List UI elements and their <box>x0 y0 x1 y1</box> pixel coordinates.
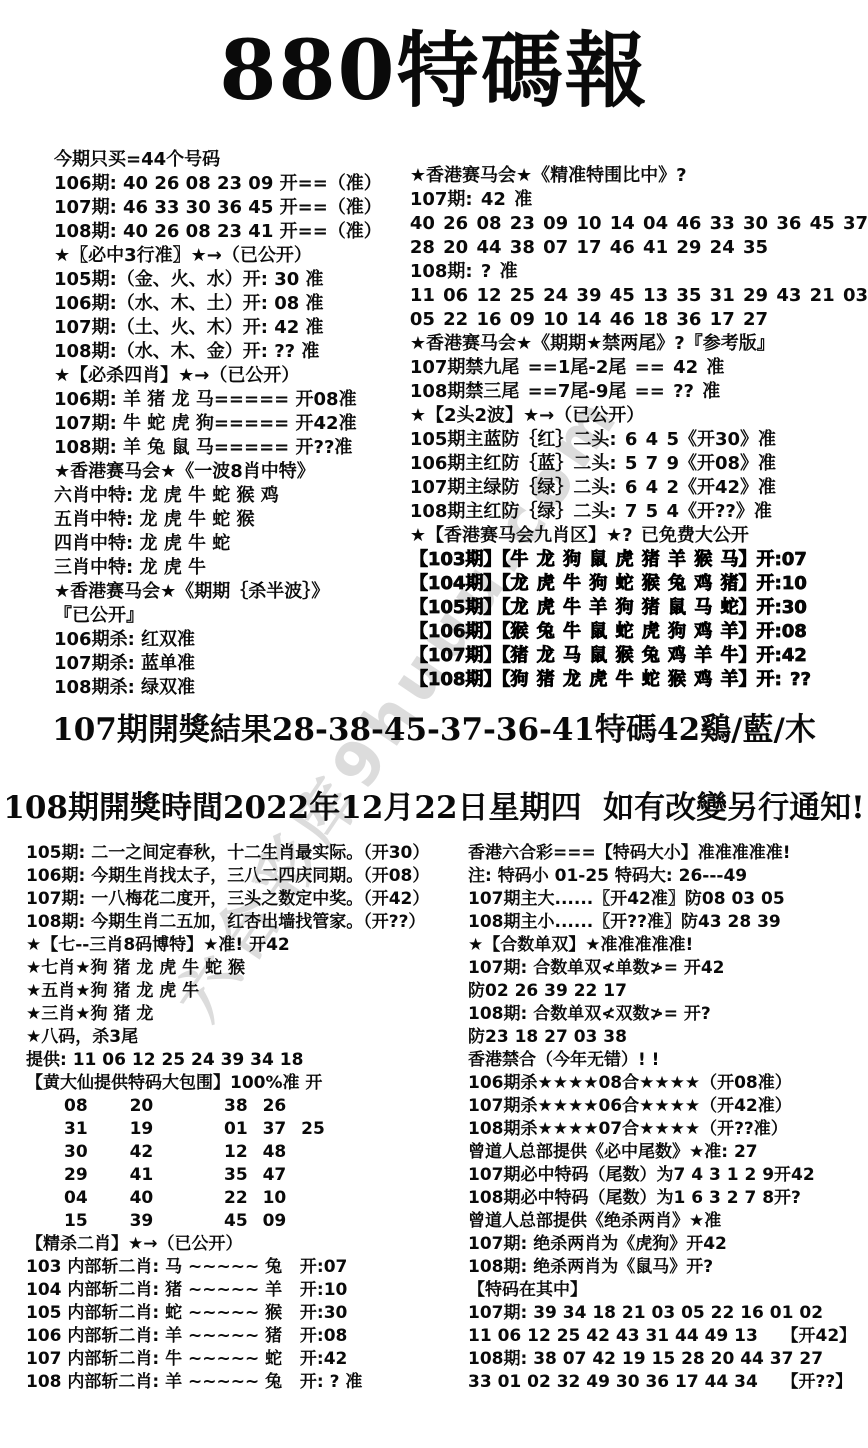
tip-line: ★香港赛马会★《期期★禁两尾》?『参考版』 <box>410 332 868 356</box>
tip-line: 【特码在其中】 <box>468 1279 868 1302</box>
tip-line: 香港禁合（今年无错）! ! <box>468 1049 868 1072</box>
poem-line: 108期: 今期生肖二五加，红杏出墙找管家。（开??） <box>26 911 468 934</box>
page-title: 880特碼報 <box>0 6 868 123</box>
tip-line: 注: 特码小 01-25 特码大: 26---49 <box>468 865 868 888</box>
tip-line: 106期: 羊 猪 龙 马===== 开08准 <box>54 388 406 412</box>
tip-line: ★【香港赛马会九肖区】★? 已免费大公开 <box>410 524 868 548</box>
grid-right-numbers: 12 48 <box>224 1141 286 1164</box>
jingsha-row: 106 内部斩二肖: 羊 ~~~~~ 猪 开:08 <box>26 1325 468 1348</box>
tip-line: 108期杀★★★★07合★★★★（开??准） <box>468 1118 868 1141</box>
grid-right-numbers: 01 37 25 <box>224 1118 325 1141</box>
tip-line: 【黄大仙提供特码大包围】100%准 开 <box>26 1072 468 1095</box>
tip-line: 107期杀: 蓝单准 <box>54 652 406 676</box>
tip-line: 107期: 42 准 <box>410 188 868 212</box>
top-left-column: 今期只买=44个号码106期: 40 26 08 23 09 开==（准）107… <box>54 148 406 700</box>
schedule-banner: 108期開獎時間2022年12月22日星期四 如有改變另行通知! <box>0 782 868 827</box>
nine-xiao-row: 【106期】【猴 兔 牛 鼠 蛇 虎 狗 鸡 羊】开:08 <box>410 620 868 644</box>
grid-right-numbers: 35 47 <box>224 1164 286 1187</box>
tip-line: 107期:（土、火、木）开: 42 准 <box>54 316 406 340</box>
tip-line: 三肖中特: 龙 虎 牛 <box>54 556 406 580</box>
grid-left-numbers: 08 20 <box>64 1095 224 1118</box>
number-grid-row: 30 4212 48 <box>26 1141 468 1164</box>
tip-line: 108期: 40 26 08 23 41 开==（准） <box>54 220 406 244</box>
tip-line: 107期主绿防｛绿｝二头: 6 4 2《开42》准 <box>410 476 868 500</box>
tip-line: 108期: 38 07 42 19 15 28 20 44 37 27 <box>468 1348 868 1371</box>
poem-line: 107期: 一八梅花二度开，三头之数定中奖。（开42） <box>26 888 468 911</box>
newspaper-page: 六合彩库9huuu.com 880特碼報 今期只买=44个号码106期: 40 … <box>0 0 868 1448</box>
tip-line: 108期主红防｛绿｝二头: 7 5 4《开??》准 <box>410 500 868 524</box>
poem-line: 105期: 二一之间定春秋，十二生肖最实际。（开30） <box>26 842 468 865</box>
tip-line: ★五肖★狗 猪 龙 虎 牛 <box>26 980 468 1003</box>
tip-line: ★【2头2波】★→（已公开） <box>410 404 868 428</box>
top-right-column: ★香港赛马会★《精准特围比中》?107期: 42 准40 26 08 23 09… <box>410 148 868 700</box>
number-grid-row: 04 4022 10 <box>26 1187 468 1210</box>
tip-line: 107期禁九尾 ==1尾-2尾 == 42 准 <box>410 356 868 380</box>
tip-line: 108期:（水、木、金）开: ?? 准 <box>54 340 406 364</box>
tip-line: 防02 26 39 22 17 <box>468 980 868 1003</box>
grid-right-numbers: 22 10 <box>224 1187 286 1210</box>
grid-left-numbers: 15 39 <box>64 1210 224 1233</box>
tip-line: 11 06 12 25 24 39 45 13 35 31 29 43 21 0… <box>410 284 868 308</box>
tip-line: 107期杀★★★★06合★★★★（开42准） <box>468 1095 868 1118</box>
tip-line: 106期: 40 26 08 23 09 开==（准） <box>54 172 406 196</box>
jingsha-row: 107 内部斩二肖: 牛 ~~~~~ 蛇 开:42 <box>26 1348 468 1371</box>
tip-line: 106期杀: 红双准 <box>54 628 406 652</box>
tip-line: 107期必中特码（尾数）为7 4 3 1 2 9开42 <box>468 1164 868 1187</box>
tip-line: 107期主大......〖开42准〗防08 03 05 <box>468 888 868 911</box>
tip-line: 『已公开』 <box>54 604 406 628</box>
top-section: 今期只买=44个号码106期: 40 26 08 23 09 开==（准）107… <box>0 148 868 700</box>
jingsha-row: 108 内部斩二肖: 羊 ~~~~~ 兔 开: ? 准 <box>26 1371 468 1394</box>
poem-lines: 105期: 二一之间定春秋，十二生肖最实际。（开30）106期: 今期生肖找太子… <box>26 842 468 934</box>
bottom-left-column: 105期: 二一之间定春秋，十二生肖最实际。（开30）106期: 今期生肖找太子… <box>26 842 468 1394</box>
tip-line: 六肖中特: 龙 虎 牛 蛇 猴 鸡 <box>54 484 406 508</box>
tip-line: 108期: 羊 兔 鼠 马===== 开??准 <box>54 436 406 460</box>
tip-line: 107期: 39 34 18 21 03 05 22 16 01 02 <box>468 1302 868 1325</box>
top-right-lines: ★香港赛马会★《精准特围比中》?107期: 42 准40 26 08 23 09… <box>410 164 868 548</box>
tip-line: 28 20 44 38 07 17 46 41 29 24 35 <box>410 236 868 260</box>
result-banner: 107期開獎結果28-38-45-37-36-41特碼42鷄/藍/木 <box>0 704 868 749</box>
tip-line: 106期:（水、木、土）开: 08 准 <box>54 292 406 316</box>
tip-line: 106期主红防｛蓝｝二头: 5 7 9《开08》准 <box>410 452 868 476</box>
tip-line: 提供: 11 06 12 25 24 39 34 18 <box>26 1049 468 1072</box>
jingsha-rows: 103 内部斩二肖: 马 ~~~~~ 兔 开:07104 内部斩二肖: 猪 ~~… <box>26 1256 468 1394</box>
number-grid-row: 08 2038 26 <box>26 1095 468 1118</box>
tip-line: 五肖中特: 龙 虎 牛 蛇 猴 <box>54 508 406 532</box>
tip-line: 108期主小......〖开??准〗防43 28 39 <box>468 911 868 934</box>
tip-line: ★香港赛马会★《精准特围比中》? <box>410 164 868 188</box>
tip-line: 香港六合彩===【特码大小】准准准准准! <box>468 842 868 865</box>
tip-line: 108期必中特码（尾数）为1 6 3 2 7 8开? <box>468 1187 868 1210</box>
tip-line: 107期: 绝杀两肖为《虎狗》开42 <box>468 1233 868 1256</box>
tip-line: ★【合数单双】★准准准准准! <box>468 934 868 957</box>
jingsha-row: 104 内部斩二肖: 猪 ~~~~~ 羊 开:10 <box>26 1279 468 1302</box>
tip-line: 108期: 绝杀两肖为《鼠马》开? <box>468 1256 868 1279</box>
nine-xiao-box: 【103期】【牛 龙 狗 鼠 虎 猪 羊 猴 马】开:07【104期】【龙 虎 … <box>410 548 868 692</box>
nine-xiao-row: 【104期】【龙 虎 牛 狗 蛇 猴 兔 鸡 猪】开:10 <box>410 572 868 596</box>
top-left-lines: 今期只买=44个号码106期: 40 26 08 23 09 开==（准）107… <box>54 148 406 700</box>
jingsha-row: 105 内部斩二肖: 蛇 ~~~~~ 猴 开:30 <box>26 1302 468 1325</box>
tip-line: 今期只买=44个号码 <box>54 148 406 172</box>
jingsha-header: 【精杀二肖】★→（已公开） <box>26 1233 468 1256</box>
tip-line: ★三肖★狗 猪 龙 <box>26 1003 468 1026</box>
tip-line: ★【必杀四肖】★→（已公开） <box>54 364 406 388</box>
tip-line: 四肖中特: 龙 虎 牛 蛇 <box>54 532 406 556</box>
tip-line: 11 06 12 25 42 43 31 44 49 13 【开42】 <box>468 1325 868 1348</box>
grid-right-numbers: 45 09 <box>224 1210 286 1233</box>
tip-line: ★【七--三肖8码博特】★准! 开42 <box>26 934 468 957</box>
tip-line: 108期: 合数单双≮双数≯= 开? <box>468 1003 868 1026</box>
tip-line: 107期: 46 33 30 36 45 开==（准） <box>54 196 406 220</box>
tip-line: 33 01 02 32 49 30 36 17 44 34 【开??】 <box>468 1371 868 1394</box>
tip-line: ★〖必中3行准〗★→（已公开） <box>54 244 406 268</box>
tip-line: 防23 18 27 03 38 <box>468 1026 868 1049</box>
tip-line: ★七肖★狗 猪 龙 虎 牛 蛇 猴 <box>26 957 468 980</box>
bottom-right-lines: 香港六合彩===【特码大小】准准准准准!注: 特码小 01-25 特码大: 26… <box>468 842 868 1394</box>
bottom-section: 105期: 二一之间定春秋，十二生肖最实际。（开30）106期: 今期生肖找太子… <box>0 842 868 1394</box>
tip-line: 40 26 08 23 09 10 14 04 46 33 30 36 45 3… <box>410 212 868 236</box>
tip-line: 107期: 合数单双≮单数≯= 开42 <box>468 957 868 980</box>
baowei-lines: 提供: 11 06 12 25 24 39 34 18【黄大仙提供特码大包围】1… <box>26 1049 468 1095</box>
jingsha-row: 103 内部斩二肖: 马 ~~~~~ 兔 开:07 <box>26 1256 468 1279</box>
grid-left-numbers: 04 40 <box>64 1187 224 1210</box>
grid-left-numbers: 30 42 <box>64 1141 224 1164</box>
poem-line: 106期: 今期生肖找太子，三八二四庆同期。（开08） <box>26 865 468 888</box>
nine-xiao-row: 【105期】【龙 虎 牛 羊 狗 猪 鼠 马 蛇】开:30 <box>410 596 868 620</box>
nine-xiao-row: 【103期】【牛 龙 狗 鼠 虎 猪 羊 猴 马】开:07 <box>410 548 868 572</box>
number-grid-row: 29 4135 47 <box>26 1164 468 1187</box>
tip-line: 05 22 16 09 10 14 46 18 36 17 27 <box>410 308 868 332</box>
tip-line: ★八码，杀3尾 <box>26 1026 468 1049</box>
tip-line: 106期杀★★★★08合★★★★（开08准） <box>468 1072 868 1095</box>
baowei-number-grid: 08 2038 2631 1901 37 2530 4212 4829 4135… <box>26 1095 468 1233</box>
tip-line: 105期主蓝防｛红｝二头: 6 4 5《开30》准 <box>410 428 868 452</box>
number-grid-row: 15 3945 09 <box>26 1210 468 1233</box>
tip-line: 108期禁三尾 ==7尾-9尾 == ?? 准 <box>410 380 868 404</box>
bote-lines: ★【七--三肖8码博特】★准! 开42★七肖★狗 猪 龙 虎 牛 蛇 猴★五肖★… <box>26 934 468 1049</box>
tip-line: 107期: 牛 蛇 虎 狗===== 开42准 <box>54 412 406 436</box>
grid-left-numbers: 31 19 <box>64 1118 224 1141</box>
grid-left-numbers: 29 41 <box>64 1164 224 1187</box>
nine-xiao-row: 【107期】【猪 龙 马 鼠 猴 兔 鸡 羊 牛】开:42 <box>410 644 868 668</box>
tip-line: 108期杀: 绿双准 <box>54 676 406 700</box>
tip-line: ★香港赛马会★《一波8肖中特》 <box>54 460 406 484</box>
bottom-right-column: 香港六合彩===【特码大小】准准准准准!注: 特码小 01-25 特码大: 26… <box>468 842 868 1394</box>
tip-line: 105期:（金、火、水）开: 30 准 <box>54 268 406 292</box>
tip-line: ★香港赛马会★《期期｛杀半波｝》 <box>54 580 406 604</box>
number-grid-row: 31 1901 37 25 <box>26 1118 468 1141</box>
grid-right-numbers: 38 26 <box>224 1095 286 1118</box>
nine-xiao-row: 【108期】【狗 猪 龙 虎 牛 蛇 猴 鸡 羊】开: ?? <box>410 668 868 692</box>
tip-line: 曾道人总部提供《必中尾数》★准: 27 <box>468 1141 868 1164</box>
tip-line: 曾道人总部提供《绝杀两肖》★准 <box>468 1210 868 1233</box>
tip-line: 108期: ? 准 <box>410 260 868 284</box>
